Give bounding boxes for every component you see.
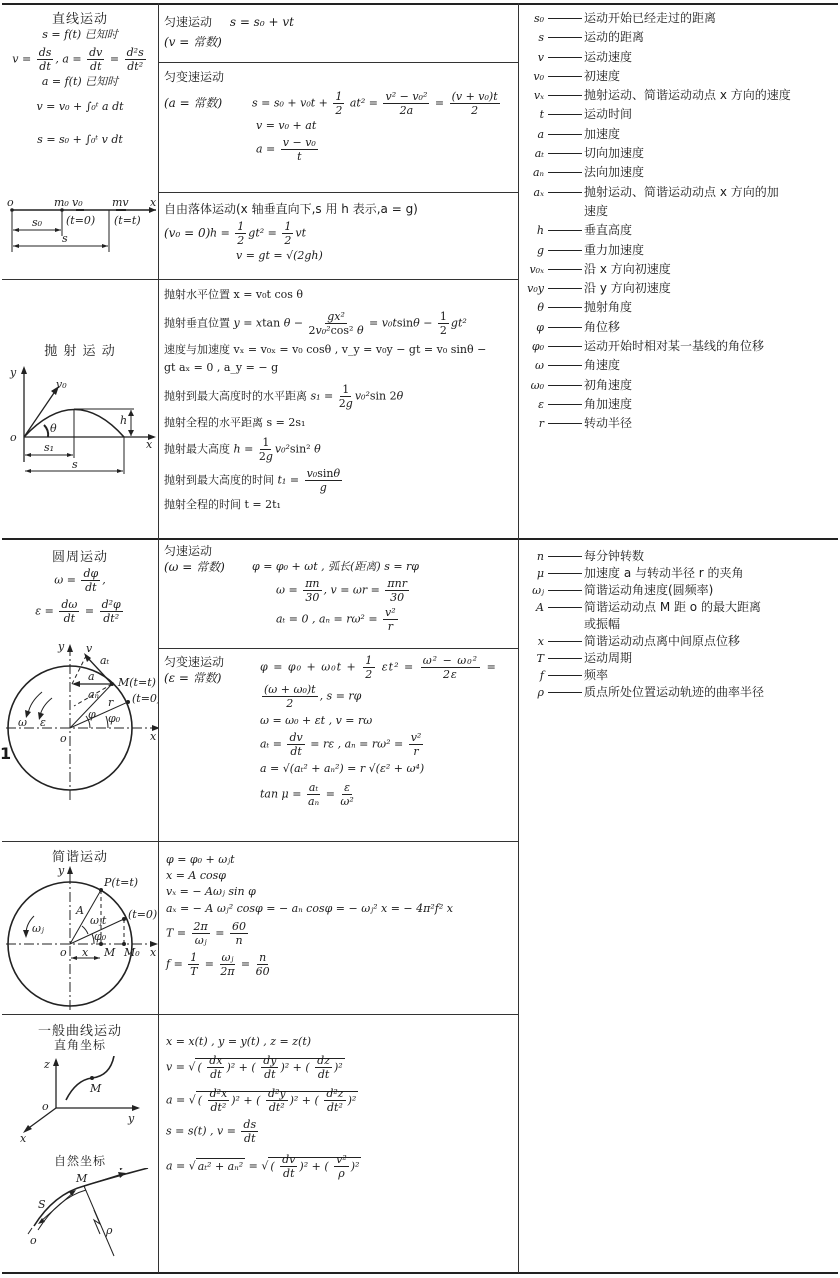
harmonic-title: 简谐运动 — [4, 846, 156, 865]
svg-text:aₙ: aₙ — [88, 688, 99, 701]
projectile-vertical-position: 抛射垂直位置 y = xtan θ − gx²2v₀²cos² θ = v₀ts… — [164, 310, 516, 337]
uniform-motion-formula: s = s₀ + vt — [230, 15, 294, 29]
legend-item: ωⱼ简谐运动角速度(圆频率) — [522, 582, 836, 599]
free-fall-height: h = 12gt² = 12vt — [210, 220, 306, 247]
rectilinear-title: 直线运动 — [4, 8, 156, 27]
svg-text:s: s — [72, 458, 78, 471]
legend-item: f频率 — [522, 667, 836, 684]
svg-text:s₁: s₁ — [44, 441, 54, 454]
rectilinear-derivatives: v = dsdt, a = dvdt = d²sdt² — [4, 46, 156, 73]
curvilinear-arc-length: s = s(t) , v = dsdt — [166, 1118, 516, 1145]
circular-accel-phi: φ = φ₀ + ω₀t + 12 εt² = ω² − ω₀²2ε = — [260, 654, 497, 681]
row-divider — [2, 841, 518, 842]
circular-uniform-accel-cell: 匀变速运动 (ε = 常数) φ = φ₀ + ω₀t + 12 εt² = ω… — [164, 654, 516, 808]
legend-item: μ加速度 a 与转动半径 r 的夹角 — [522, 565, 836, 582]
legend-item: aₓ抛射运动、简谐运动动点 x 方向的加 — [522, 183, 836, 202]
legend-item: ε角加速度 — [522, 395, 836, 414]
projectile-horizontal-position: 抛射水平位置 x = v₀t cos θ — [164, 286, 516, 304]
circular-title: 圆周运动 — [4, 546, 156, 565]
uniform-motion-condition: (v = 常数) — [164, 35, 222, 49]
circular-cell: 圆周运动 ω = dφdt, ε = dωdt = d²φdt² — [4, 546, 156, 625]
column-divider-2 — [518, 3, 519, 1273]
svg-text:x: x — [150, 946, 157, 959]
free-fall-velocity: v = gt = √(2gh) — [236, 249, 516, 264]
legend-item: θ抛射角度 — [522, 298, 836, 317]
uniform-accel-displacement: s = s₀ + v₀t + 12 at² = v² − v₀²2a = (v … — [252, 90, 502, 117]
block-divider-rule — [2, 538, 838, 540]
svg-text:o: o — [30, 1234, 37, 1247]
projectile-formulas: 抛射水平位置 x = v₀t cos θ 抛射垂直位置 y = xtan θ −… — [164, 286, 516, 514]
rectilinear-distance-integral: s = s₀ + ∫₀ᵗ v dt — [4, 133, 156, 148]
svg-text:x: x — [150, 196, 157, 209]
svg-text:M₀: M₀ — [123, 946, 140, 959]
free-fall-cell: 自由落体运动(x 轴垂直向下,s 用 h 表示,a = g) (v₀ = 0) … — [164, 200, 516, 264]
svg-text:S: S — [38, 1198, 46, 1211]
harmonic-displacement: x = A cosφ — [166, 868, 516, 884]
svg-text:o: o — [60, 946, 67, 959]
curvilinear-parametric: x = x(t) , y = y(t) , z = z(t) — [166, 1034, 516, 1050]
svg-text:(t=t): (t=t) — [114, 214, 141, 227]
svg-text:z: z — [43, 1058, 50, 1071]
svg-text:(t=0): (t=0) — [66, 214, 95, 227]
harmonic-frequency: f = 1T = ωⱼ2π = n60 — [166, 951, 516, 978]
svg-text:ωⱼ: ωⱼ — [32, 922, 44, 935]
projectile-horizontal-distance-max: 抛射到最大高度时的水平距离 s₁ = 12gv₀²sin 2θ — [164, 383, 516, 410]
svg-text:v₀: v₀ — [56, 378, 67, 391]
row-divider — [158, 648, 518, 649]
svg-text:θ: θ — [50, 422, 57, 435]
svg-text:M: M — [103, 946, 116, 959]
page-margin-mark: 1 — [0, 744, 11, 763]
rectilinear-velocity-integral: v = v₀ + ∫₀ᵗ a dt — [4, 100, 156, 115]
legend-item: s运动的距离 — [522, 28, 836, 47]
svg-text:A: A — [75, 904, 84, 917]
legend-item-continuation: 或振幅 — [522, 616, 836, 633]
circular-angular-accel: ε = dωdt = d²φdt² — [4, 598, 156, 625]
svg-text:ωⱼt: ωⱼt — [90, 914, 107, 927]
legend-item: r转动半径 — [522, 414, 836, 433]
circular-angular-velocity: ω = dφdt, — [4, 567, 156, 594]
circular-accel-omega: ω = ω₀ + εt , v = rω — [260, 714, 497, 729]
projectile-max-height: 抛射最大高度 h = 12gv₀²sin² θ — [164, 436, 516, 463]
legend-item: φ角位移 — [522, 318, 836, 337]
harmonic-phase: φ = φ₀ + ωⱼt — [166, 852, 516, 868]
legend-item: T运动周期 — [522, 650, 836, 667]
table-top-rule — [2, 3, 838, 5]
circular-accel-condition: (ε = 常数) — [164, 670, 260, 686]
rectilinear-known-a: a = f(t) 已知时 — [4, 75, 156, 90]
legend-item: n每分钟转数 — [522, 548, 836, 565]
circular-diagram: y v aₜ a M(t=t) aₙ (t=0) r ω ε φ φ₀ o x — [4, 640, 158, 800]
legend-item: ρ质点所处位置运动轨迹的曲率半径 — [522, 684, 836, 701]
cartesian-diagram: z M o y x — [14, 1056, 144, 1146]
legend-item: v₀y沿 y 方向初速度 — [522, 279, 836, 298]
curvilinear-velocity: v = √( dxdt)² + ( dydt)² + ( dzdt)² — [166, 1054, 516, 1081]
svg-text:x: x — [146, 438, 153, 451]
svg-text:x: x — [150, 730, 157, 743]
svg-text:h: h — [120, 414, 127, 427]
circular-uniform-heading: 匀速运动 — [164, 543, 516, 559]
legend-item: v₀ₓ沿 x 方向初速度 — [522, 260, 836, 279]
uniform-accel-velocity: v = v₀ + at — [256, 119, 516, 134]
legend-item: g重力加速度 — [522, 241, 836, 260]
svg-text:s₀: s₀ — [32, 216, 43, 229]
curvilinear-cartesian-subtitle: 直角坐标 — [4, 1036, 156, 1053]
projectile-diagram: y v₀ θ h o x s₁ s — [6, 362, 156, 482]
free-fall-heading: 自由落体运动(x 轴垂直向下,s 用 h 表示,a = g) — [164, 200, 516, 218]
row-divider — [2, 1014, 518, 1015]
uniform-motion-heading: 匀速运动 — [164, 15, 212, 29]
svg-text:φ₀: φ₀ — [108, 712, 121, 725]
svg-text:y: y — [127, 1112, 135, 1125]
svg-text:(t=0): (t=0) — [132, 692, 158, 705]
uniform-accel-cell: 匀变速运动 (a = 常数) s = s₀ + v₀t + 12 at² = v… — [164, 68, 516, 163]
harmonic-period: T = 2πωⱼ = 60n — [166, 920, 516, 947]
svg-text:φ₀: φ₀ — [94, 930, 107, 943]
curvilinear-natural-accel: a = √aₜ² + aₙ² = √( dvdt)² + ( v²ρ)² — [166, 1153, 516, 1180]
svg-text:x: x — [82, 946, 89, 959]
rectilinear-cell: 直线运动 s = f(t) 已知时 v = dsdt, a = dvdt = d… — [4, 8, 156, 147]
circular-accel-total: a = √(aₜ² + aₙ²) = r √(ε² + ω⁴) — [260, 762, 497, 777]
uniform-motion-cell: 匀速运动 s = s₀ + vt (v = 常数) — [164, 14, 294, 50]
free-fall-condition: (v₀ = 0) — [164, 225, 210, 241]
harmonic-diagram: y P(t=t) A ωⱼt (t=0) φ₀ ωⱼ o x M M₀ x — [4, 864, 158, 1012]
curvilinear-acceleration: a = √( d²xdt²)² + ( d²ydt²)² + ( d²zdt²)… — [166, 1087, 516, 1114]
symbol-legend-bottom: n每分钟转数 μ加速度 a 与转动半径 r 的夹角 ωⱼ简谐运动角速度(圆频率)… — [522, 548, 836, 701]
legend-item: φ₀运动开始时相对某一基线的角位移 — [522, 337, 836, 356]
circular-accel-phi-cont: (ω + ω₀)t2, s = rφ — [260, 683, 497, 710]
svg-text:s: s — [62, 232, 68, 245]
legend-item: s₀运动开始已经走过的距离 — [522, 9, 836, 28]
circular-uniform-cell: 匀速运动 (ω = 常数) φ = φ₀ + ωt , 弧长(距离) s = r… — [164, 543, 516, 633]
legend-item: v₀初速度 — [522, 67, 836, 86]
legend-item: a加速度 — [522, 125, 836, 144]
svg-text:y: y — [57, 864, 65, 877]
svg-text:ρ: ρ — [105, 1224, 113, 1237]
harmonic-formulas: φ = φ₀ + ωⱼt x = A cosφ vₓ = − Aωⱼ sin φ… — [166, 852, 516, 978]
projectile-title: 抛 射 运 动 — [4, 340, 156, 359]
legend-item: v运动速度 — [522, 48, 836, 67]
natural-coords-diagram: v M S o ρ — [14, 1168, 154, 1264]
svg-text:aₜ: aₜ — [100, 654, 110, 667]
rectilinear-diagram: o m₀ v₀ mv x s₀ (t=0) (t=t) s — [4, 196, 158, 256]
svg-text:v₀: v₀ — [72, 196, 83, 209]
legend-item: ω角速度 — [522, 356, 836, 375]
projectile-velocity-accel: 速度与加速度 vₓ = v₀ₓ = v₀ cosθ , v_y = v₀y − … — [164, 341, 516, 359]
legend-item: aₜ切向加速度 — [522, 144, 836, 163]
row-divider — [158, 192, 518, 193]
harmonic-acceleration: aₓ = − A ωⱼ² cosφ = − aₙ cosφ = − ωⱼ² x … — [166, 900, 516, 918]
uniform-accel-acceleration: a = v − v₀t — [256, 136, 516, 163]
svg-text:mv: mv — [112, 196, 129, 209]
circular-uniform-omega: ω = πn30, v = ωr = πnr30 — [276, 577, 516, 604]
legend-item: t运动时间 — [522, 105, 836, 124]
svg-text:v: v — [86, 642, 93, 655]
row-divider — [2, 279, 518, 280]
legend-item: ω₀初角速度 — [522, 376, 836, 395]
svg-text:o: o — [7, 196, 14, 209]
svg-text:m₀: m₀ — [54, 196, 69, 209]
circular-accel-components: aₜ = dvdt = rε , aₙ = rω² = v²r — [260, 731, 497, 758]
harmonic-velocity: vₓ = − Aωⱼ sin φ — [166, 884, 516, 900]
svg-text:y: y — [9, 366, 17, 379]
svg-text:φ: φ — [88, 708, 96, 721]
circular-uniform-angle: φ = φ₀ + ωt , 弧长(距离) s = rφ — [252, 560, 419, 575]
column-divider-1 — [158, 3, 159, 1273]
circular-uniform-accel: aₜ = 0 , aₙ = rω² = v²r — [276, 606, 516, 633]
svg-text:o: o — [10, 431, 17, 444]
svg-text:r: r — [108, 696, 114, 709]
legend-item: h垂直高度 — [522, 221, 836, 240]
svg-text:P(t=t): P(t=t) — [103, 876, 138, 889]
legend-item: vₓ抛射运动、简谐运动动点 x 方向的速度 — [522, 86, 836, 105]
svg-text:M: M — [75, 1172, 88, 1185]
circular-accel-tan-mu: tan μ = aₜaₙ = εω² — [260, 781, 497, 808]
svg-text:ω: ω — [18, 716, 27, 729]
row-divider — [158, 62, 518, 63]
rectilinear-known-s: s = f(t) 已知时 — [4, 28, 156, 43]
projectile-velocity-accel-cont: gt aₓ = 0 , a_y = − g — [164, 359, 516, 377]
circular-accel-heading: 匀变速运动 — [164, 654, 260, 670]
curvilinear-natural-subtitle: 自然坐标 — [4, 1152, 156, 1169]
svg-text:(t=0): (t=0) — [128, 908, 157, 921]
projectile-time-to-max: 抛射到最大高度的时间 t₁ = v₀sinθg — [164, 467, 516, 494]
svg-text:v: v — [118, 1168, 125, 1173]
svg-text:ε: ε — [40, 716, 46, 729]
projectile-total-distance: 抛射全程的水平距离 s = 2s₁ — [164, 414, 516, 432]
svg-text:o: o — [60, 732, 67, 745]
svg-text:o: o — [42, 1100, 49, 1113]
svg-text:y: y — [57, 640, 65, 653]
svg-text:a: a — [88, 670, 95, 683]
curvilinear-formulas: x = x(t) , y = y(t) , z = z(t) v = √( dx… — [166, 1034, 516, 1180]
uniform-accel-condition: (a = 常数) — [164, 95, 252, 111]
uniform-accel-heading: 匀变速运动 — [164, 68, 516, 86]
svg-text:M(t=t): M(t=t) — [117, 676, 156, 689]
legend-item: A简谐运动动点 M 距 o 的最大距离 — [522, 599, 836, 616]
legend-item: x简谐运动动点离中间原点位移 — [522, 633, 836, 650]
circular-uniform-condition: (ω = 常数) — [164, 559, 252, 575]
table-bottom-rule — [2, 1272, 838, 1274]
svg-text:x: x — [20, 1132, 27, 1145]
legend-item: aₙ法向加速度 — [522, 163, 836, 182]
legend-item-continuation: 速度 — [522, 202, 836, 221]
svg-text:M: M — [89, 1082, 102, 1095]
projectile-total-time: 抛射全程的时间 t = 2t₁ — [164, 496, 516, 514]
symbol-legend-top: s₀运动开始已经走过的距离 s运动的距离 v运动速度 v₀初速度 vₓ抛射运动、… — [522, 9, 836, 434]
